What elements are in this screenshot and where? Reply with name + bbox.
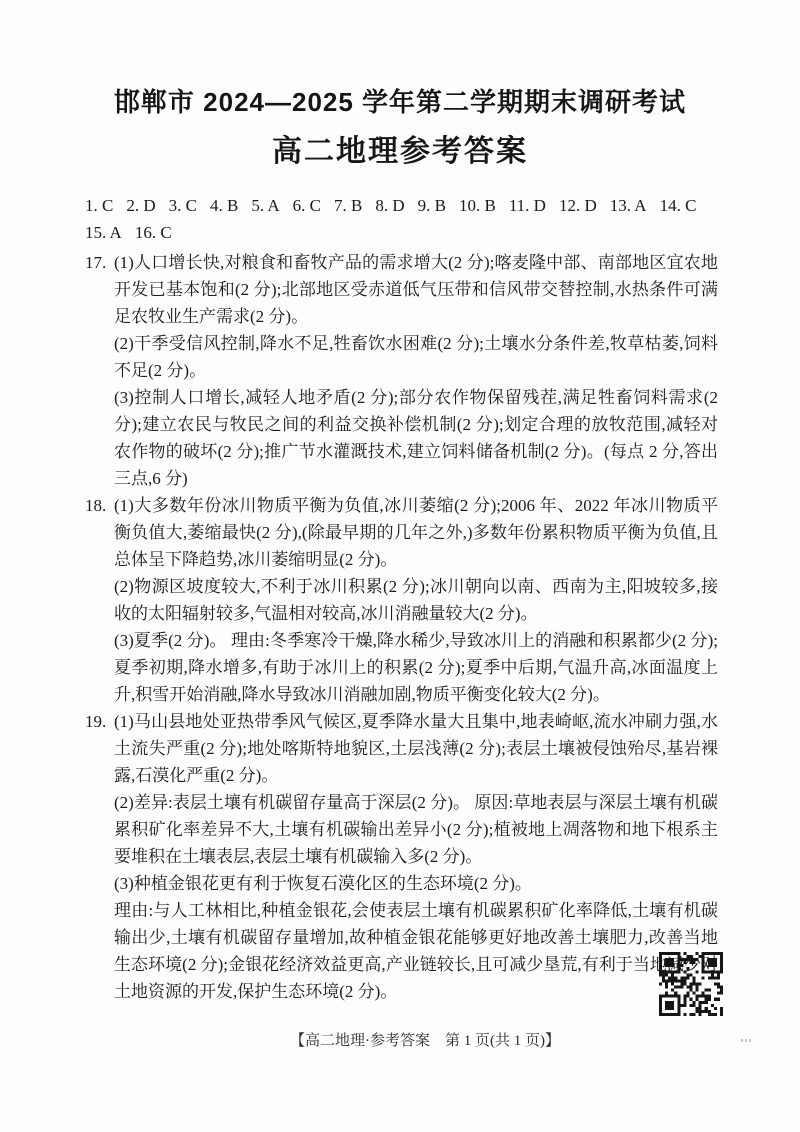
objective-answer: 1. C	[85, 192, 113, 219]
answer-part: (2)物源区坡度较大,不利于冰川积累(2 分);冰川朝向以南、西南为主,阳坡较多…	[114, 573, 718, 627]
objective-answers-row: 15. A16. C	[85, 219, 718, 246]
objective-answer: 11. D	[509, 192, 546, 219]
answer-part: (3)种植金银花更有利于恢复石漠化区的生态环境(2 分)。	[114, 870, 718, 897]
objective-answer: 4. B	[210, 192, 238, 219]
objective-answer: 13. A	[610, 192, 647, 219]
answer-part: (3)控制人口增长,减轻人地矛盾(2 分);部分农作物保留残茬,满足牲畜饲料需求…	[114, 384, 718, 492]
answer-part: (3)夏季(2 分)。 理由:冬季寒冷干燥,降水稀少,导致冰川上的消融和积累都少…	[114, 627, 718, 708]
objective-answer: 3. C	[169, 192, 197, 219]
answer-part: (1)人口增长快,对粮食和畜牧产品的需求增大(2 分);喀麦隆中部、南部地区宜农…	[114, 249, 718, 330]
objective-answer: 8. D	[375, 192, 404, 219]
answer-key-page: 邯郸市 2024—2025 学年第二学期期末调研考试 高二地理参考答案 1. C…	[0, 0, 800, 1132]
answer-part: (1)大多数年份冰川物质平衡为负值,冰川萎缩(2 分);2006 年、2022 …	[114, 492, 718, 573]
objective-answer: 2. D	[126, 192, 155, 219]
answer-part: (2)干季受信风控制,降水不足,牲畜饮水困难(2 分);土壤水分条件差,牧草枯萎…	[114, 330, 718, 384]
question-18: 18.(1)大多数年份冰川物质平衡为负值,冰川萎缩(2 分);2006 年、20…	[85, 492, 718, 708]
question-17: 17.(1)人口增长快,对粮食和畜牧产品的需求增大(2 分);喀麦隆中部、南部地…	[85, 249, 718, 492]
answer-key-subtitle: 高二地理参考答案	[0, 126, 800, 170]
objective-answer: 7. B	[334, 192, 362, 219]
question-number: 18.	[85, 492, 106, 519]
answer-part: (1)马山县地处亚热带季风气候区,夏季降水量大且集中,地表崎岖,流水冲刷力强,水…	[114, 708, 718, 789]
qr-code-icon	[659, 952, 723, 1016]
question-number: 19.	[85, 708, 106, 735]
objective-answer: 15. A	[85, 219, 122, 246]
qr-code	[659, 952, 723, 1016]
question-19: 19.(1)马山县地处亚热带季风气候区,夏季降水量大且集中,地表崎岖,流水冲刷力…	[85, 708, 718, 1005]
exam-title: 邯郸市 2024—2025 学年第二学期期末调研考试	[0, 0, 800, 119]
scan-smudge	[741, 1039, 752, 1042]
answer-content: 1. C2. D3. C4. B5. A6. C7. B8. D9. B10. …	[85, 192, 718, 1005]
objective-answer: 6. C	[293, 192, 321, 219]
objective-answer: 9. B	[418, 192, 446, 219]
objective-answer: 5. A	[251, 192, 279, 219]
objective-answer: 10. B	[459, 192, 496, 219]
question-number: 17.	[85, 249, 106, 276]
objective-answer: 12. D	[559, 192, 597, 219]
objective-answer: 16. C	[135, 219, 172, 246]
page-footer: 【高二地理·参考答案 第 1 页(共 1 页)】	[25, 1029, 800, 1050]
objective-answers: 1. C2. D3. C4. B5. A6. C7. B8. D9. B10. …	[85, 192, 718, 246]
objective-answer: 14. C	[660, 192, 697, 219]
answer-part: 理由:与人工林相比,种植金银花,会使表层土壤有机碳累积矿化率降低,土壤有机碳输出…	[114, 897, 718, 1005]
subjective-answers: 17.(1)人口增长快,对粮食和畜牧产品的需求增大(2 分);喀麦隆中部、南部地…	[85, 249, 718, 1005]
answer-part: (2)差异:表层土壤有机碳留存量高于深层(2 分)。 原因:草地表层与深层土壤有…	[114, 789, 718, 870]
objective-answers-row: 1. C2. D3. C4. B5. A6. C7. B8. D9. B10. …	[85, 192, 718, 219]
